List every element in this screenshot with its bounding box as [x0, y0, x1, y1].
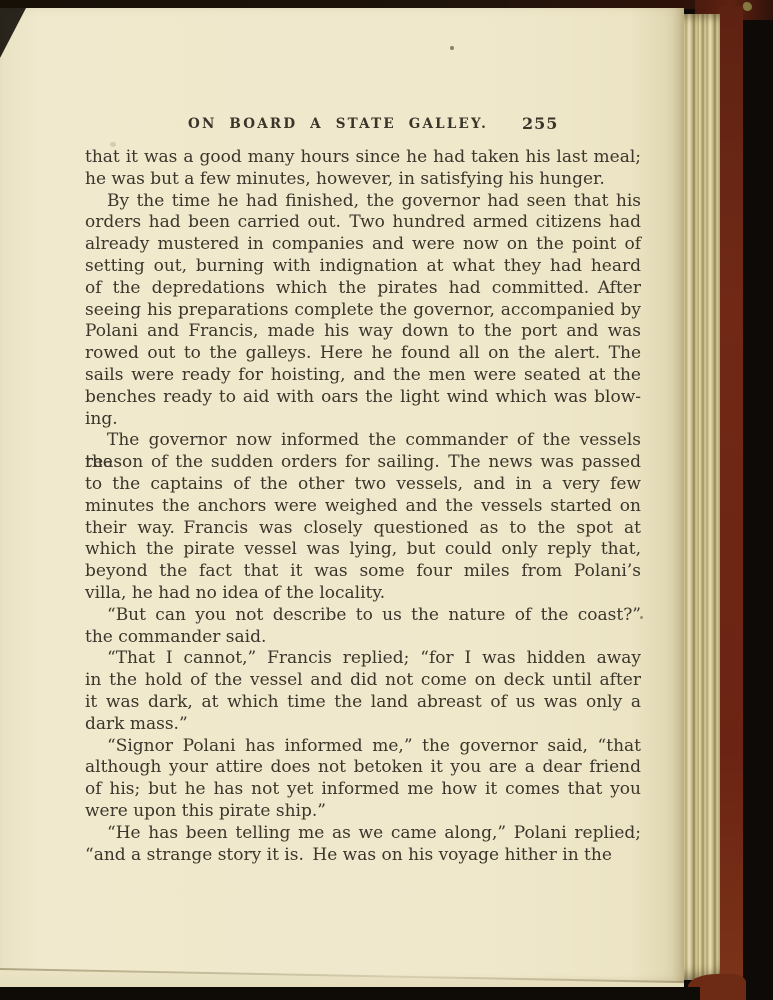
text-line: minutes the anchors were weighed and the…	[85, 496, 641, 518]
text-line: “and a strange story it is. He was on hi…	[85, 845, 641, 867]
book-photo-scene: ON BOARD A STATE GALLEY. 255 that it was…	[0, 0, 773, 1000]
cover-speck	[743, 2, 752, 11]
text-line: setting out, burning with indignation at…	[85, 256, 641, 278]
text-line: “He has been telling me as we came along…	[85, 823, 641, 845]
paper-speck	[450, 46, 454, 50]
body-text: that it was a good many hours since he h…	[85, 147, 641, 866]
page-number: 255	[522, 114, 558, 133]
text-line: sails were ready for hoisting, and the m…	[85, 365, 641, 387]
text-line: it was dark, at which time the land abre…	[85, 692, 641, 714]
text-line: beyond the fact that it was some four mi…	[85, 561, 641, 583]
text-line: their way. Francis was closely questione…	[85, 518, 641, 540]
text-line: villa, he had no idea of the locality.	[85, 583, 641, 605]
page-fore-edge-stack	[678, 14, 720, 980]
text-line: the commander said.	[85, 627, 641, 649]
text-line: benches ready to aid with oars the light…	[85, 387, 641, 409]
text-line: although your attire does not betoken it…	[85, 757, 641, 779]
text-line: “But can you not describe to us the natu…	[85, 605, 641, 627]
text-line: to the captains of the other two vessels…	[85, 474, 641, 496]
text-line: reason of the sudden orders for sailing.…	[85, 452, 641, 474]
text-line: orders had been carried out. Two hundred…	[85, 212, 641, 234]
text-line: he was but a few minutes, however, in sa…	[85, 169, 641, 191]
text-line: Polani and Francis, made his way down to…	[85, 321, 641, 343]
text-line: that it was a good many hours since he h…	[85, 147, 641, 169]
text-line: rowed out to the galleys. Here he found …	[85, 343, 641, 365]
text-line: in the hold of the vessel and did not co…	[85, 670, 641, 692]
running-header: ON BOARD A STATE GALLEY. 255	[85, 114, 640, 136]
text-line: “That I cannot,” Francis replied; “for I…	[85, 648, 641, 670]
text-line: The governor now informed the commander …	[85, 430, 641, 452]
text-line: dark mass.”	[85, 714, 641, 736]
text-line: which the pirate vessel was lying, but c…	[85, 539, 641, 561]
text-line: were upon this pirate ship.”	[85, 801, 641, 823]
text-line: By the time he had finished, the governo…	[85, 191, 641, 213]
running-header-title: ON BOARD A STATE GALLEY.	[188, 116, 488, 132]
text-line: ing.	[85, 409, 641, 431]
book-cover-right-edge	[718, 6, 743, 1000]
text-line: of his; but he has not yet informed me h…	[85, 779, 641, 801]
text-line: of the depredations which the pirates ha…	[85, 278, 641, 300]
scanned-book-page: ON BOARD A STATE GALLEY. 255 that it was…	[0, 8, 684, 986]
text-line: already mustered in companies and were n…	[85, 234, 641, 256]
text-line: “Signor Polani has informed me,” the gov…	[85, 736, 641, 758]
text-line: seeing his preparations complete the gov…	[85, 300, 641, 322]
book-bottom-edge-shadow	[0, 987, 700, 1000]
